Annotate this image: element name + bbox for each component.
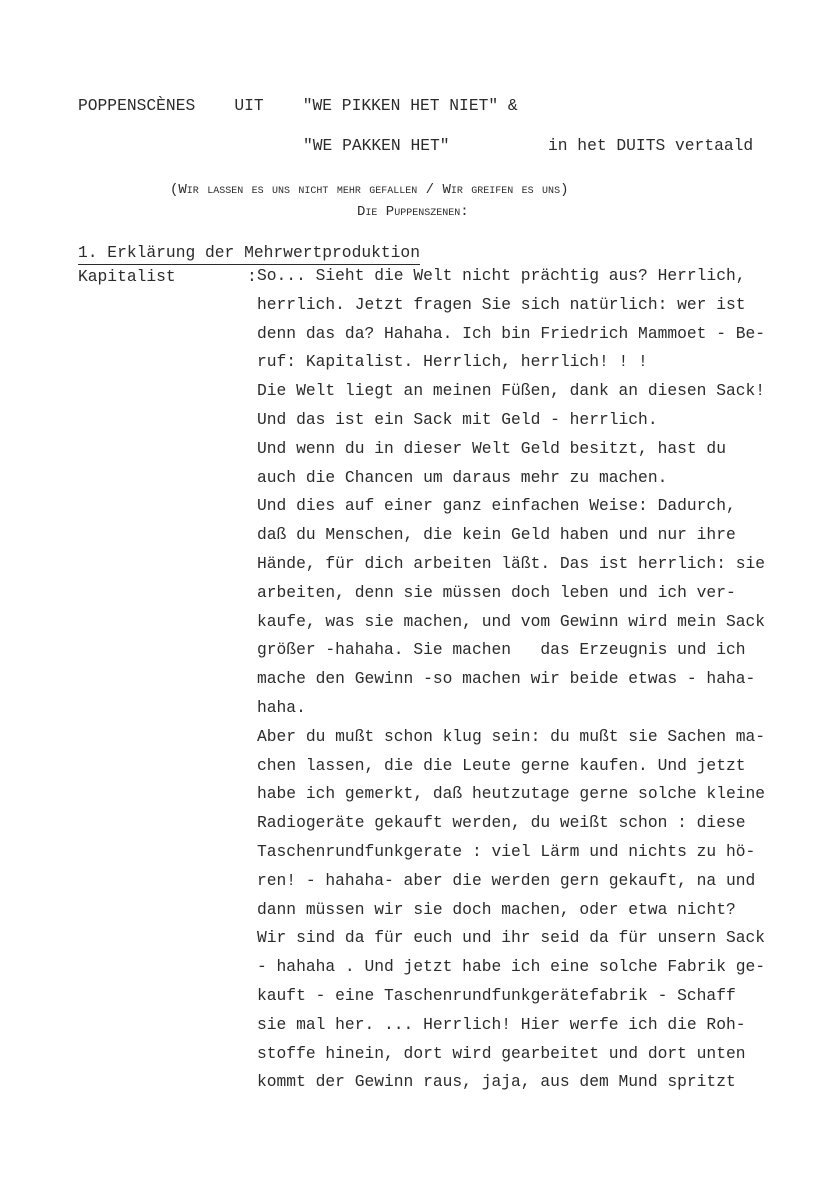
dialogue-line: ruf: Kapitalist. Herrlich, herrlich! ! ! [257,348,765,377]
dialogue-line: So... Sieht die Welt nicht prächtig aus?… [257,262,765,291]
dialogue-block: So... Sieht die Welt nicht prächtig aus?… [257,262,765,1097]
dialogue-line: chen lassen, die die Leute gerne kaufen.… [257,752,765,781]
dialogue-line: haha. [257,694,765,723]
dialogue-line: dann müssen wir sie doch machen, oder et… [257,896,765,925]
dialogue-line: habe ich gemerkt, daß heutzutage gerne s… [257,780,765,809]
dialogue-line: größer -hahaha. Sie machen das Erzeugnis… [257,636,765,665]
script-page: POPPENSCÈNES UIT "WE PIKKEN HET NIET" & … [0,0,835,1181]
dialogue-line: kauft - eine Taschenrundfunkgerätefabrik… [257,982,765,1011]
dialogue-line: daß du Menschen, die kein Geld haben und… [257,521,765,550]
dialogue-line: kaufe, was sie machen, und vom Gewinn wi… [257,608,765,637]
subtitle-label: Die Puppenszenen: [357,202,469,222]
dialogue-line: Und das ist ein Sack mit Geld - herrlich… [257,406,765,435]
dialogue-line: stoffe hinein, dort wird gearbeitet und … [257,1040,765,1069]
dialogue-line: auch die Chancen um daraus mehr zu mache… [257,464,765,493]
subtitle-parenthetical: (Wir lassen es uns nicht mehr gefallen /… [170,180,568,200]
dialogue-line: Aber du mußt schon klug sein: du mußt si… [257,723,765,752]
speaker-separator: : [247,267,257,287]
dialogue-line: Radiogeräte gekauft werden, du weißt sch… [257,809,765,838]
document-title-line-1: POPPENSCÈNES UIT "WE PIKKEN HET NIET" & [78,96,518,116]
dialogue-line: kommt der Gewinn raus, jaja, aus dem Mun… [257,1068,765,1097]
dialogue-line: Und dies auf einer ganz einfachen Weise:… [257,492,765,521]
dialogue-line: Und wenn du in dieser Welt Geld besitzt,… [257,435,765,464]
dialogue-line: herrlich. Jetzt fragen Sie sich natürlic… [257,291,765,320]
speaker-name: Kapitalist [78,267,176,287]
dialogue-line: Die Welt liegt an meinen Füßen, dank an … [257,377,765,406]
dialogue-line: arbeiten, denn sie müssen doch leben und… [257,579,765,608]
dialogue-line: Wir sind da für euch und ihr seid da für… [257,924,765,953]
dialogue-line: sie mal her. ... Herrlich! Hier werfe ic… [257,1011,765,1040]
dialogue-line: ren! - hahaha- aber die werden gern geka… [257,867,765,896]
dialogue-line: denn das da? Hahaha. Ich bin Friedrich M… [257,320,765,349]
dialogue-line: mache den Gewinn -so machen wir beide et… [257,665,765,694]
dialogue-line: - hahaha . Und jetzt habe ich eine solch… [257,953,765,982]
document-title-line-2-translation-note: in het DUITS vertaald [548,136,753,156]
dialogue-line: Hände, für dich arbeiten läßt. Das ist h… [257,550,765,579]
dialogue-line: Taschenrundfunkgerate : viel Lärm und ni… [257,838,765,867]
document-title-line-2-quote: "WE PAKKEN HET" [303,136,450,156]
